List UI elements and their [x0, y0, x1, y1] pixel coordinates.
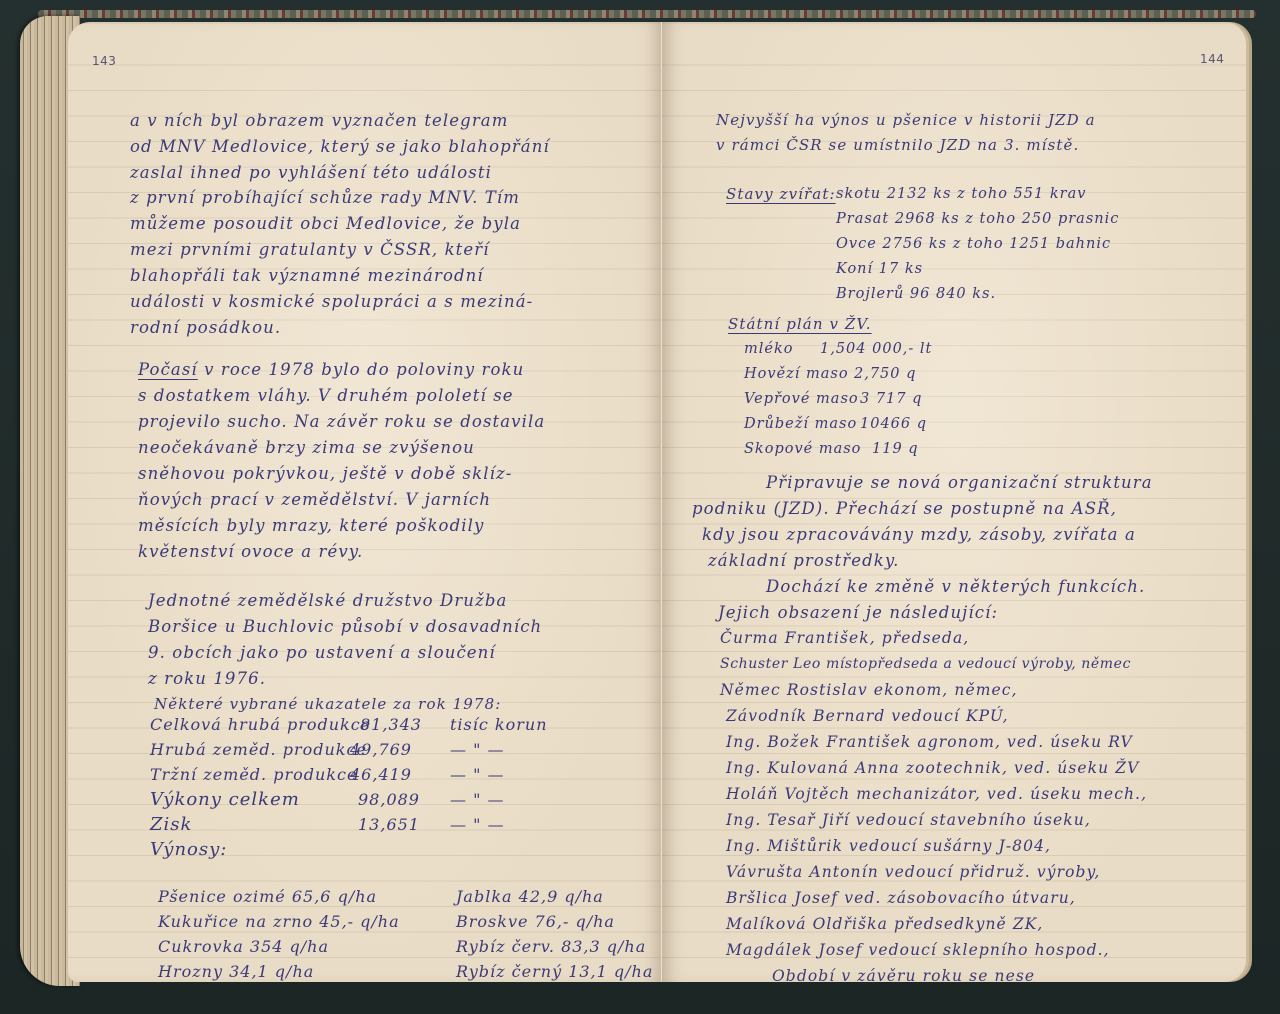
- text-line: Připravuje se nová organizační struktura: [766, 470, 1153, 495]
- list-item: Němec Rostislav ekonom, němec,: [720, 678, 1018, 703]
- page-number: 144: [1200, 52, 1224, 66]
- page-number: 143: [92, 54, 116, 68]
- section-heading: Počasí: [138, 360, 198, 379]
- text-line: z první probíhající schůze rady MNV. Tím: [130, 185, 520, 210]
- text-line: Jejich obsazení je následující:: [718, 600, 998, 625]
- text-line: Nejvyšší ha výnos u pšenice v historii J…: [716, 108, 1096, 133]
- list-item: Malíková Oldřiška předsedkyně ZK,: [726, 912, 1043, 937]
- text-line: základní prostředky.: [708, 548, 899, 573]
- table-row: Zisk 13,651 — " —: [150, 812, 650, 837]
- list-item: Ing. Tesař Jiří vedoucí stavebního úseku…: [726, 808, 1091, 833]
- list-item: Ing. Mištůrik vedoucí sušárny J-804,: [726, 834, 1051, 859]
- right-page: 144 Nejvyšší ha výnos u pšenice v histor…: [662, 22, 1246, 982]
- text-line: podniku (JZD). Přechází se postupně na A…: [692, 496, 1117, 521]
- text-line: a v ních byl obrazem vyznačen telegram: [130, 108, 509, 133]
- list-item: Holáň Vojtěch mechanizátor, ved. úseku m…: [726, 782, 1147, 807]
- text-line: sněhovou pokrývkou, ještě v době sklíz-: [138, 461, 512, 486]
- text-line: Období v závěru roku se nese: [772, 964, 1035, 989]
- table-row: Cukrovka 354 q/ha Rybíz červ. 83,3 q/ha: [158, 934, 638, 959]
- text-line: můžeme posoudit obci Medlovice, že byla: [130, 211, 521, 236]
- table-row: Ovce 2756 ks z toho 1251 bahnic: [836, 232, 1119, 257]
- text-line: Boršice u Buchlovic působí v dosavadních: [148, 614, 542, 639]
- text-line: z roku 1976.: [148, 666, 266, 691]
- text-line: 9. obcích jako po ustavení a sloučení: [148, 640, 496, 665]
- state-plan-table: mléko1,504 000,- lt Hovězí maso2,750 q V…: [744, 337, 984, 462]
- table-row: Tržní zeměd. produkce 46,419 — " —: [150, 762, 650, 787]
- book-headband: [38, 10, 1256, 18]
- table-row: Prasat 2968 ks z toho 250 prasnic: [836, 207, 1119, 232]
- text-line: rodní posádkou.: [130, 315, 281, 340]
- table-row: Výkony celkem 98,089 — " —: [150, 787, 650, 812]
- text-line: od MNV Medlovice, který se jako blahopřá…: [130, 134, 550, 159]
- table-row: Drůbeží maso10466 q: [744, 412, 984, 437]
- list-item: Magdálek Josef vedoucí sklepního hospod.…: [726, 938, 1110, 963]
- list-item: Schuster Leo místopředseda a vedoucí výr…: [720, 652, 1131, 677]
- text-line: události v kosmické spolupráci a s mezin…: [130, 289, 533, 314]
- list-item: Ing. Božek František agronom, ved. úseku…: [726, 730, 1133, 755]
- yields-heading: Výnosy:: [150, 837, 650, 862]
- text-line: projevilo sucho. Na závěr roku se dostav…: [138, 409, 545, 434]
- text-line: blahopřáli tak významné mezinárodní: [130, 263, 484, 288]
- table-row: Pšenice ozimé 65,6 q/ha Jablka 42,9 q/ha: [158, 884, 638, 909]
- list-item: Závodník Bernard vedoucí KPÚ,: [726, 704, 1009, 729]
- yields-table: Pšenice ozimé 65,6 q/ha Jablka 42,9 q/ha…: [158, 884, 638, 984]
- table-row: Celková hrubá produkce 81,343 tisíc koru…: [150, 712, 650, 737]
- table-row: skotu 2132 ks z toho 551 krav: [836, 182, 1119, 207]
- text-line: neočekávaně brzy zima se zvýšenou: [138, 435, 475, 460]
- table-row: Kukuřice na zrno 45,- q/ha Broskve 76,- …: [158, 909, 638, 934]
- list-item: Bršlica Josef ved. zásobovacího útvaru,: [726, 886, 1076, 911]
- table-row: Vepřové maso3 717 q: [744, 387, 984, 412]
- table-row: Hrubá zeměd. produkce 49,769 — " —: [150, 737, 650, 762]
- indicators-table: Celková hrubá produkce 81,343 tisíc koru…: [150, 712, 650, 862]
- table-row: Skopové maso119 q: [744, 437, 984, 462]
- livestock-table: skotu 2132 ks z toho 551 krav Prasat 296…: [836, 182, 1119, 307]
- list-item: Ing. Kulovaná Anna zootechnik, ved. úsek…: [726, 756, 1139, 781]
- left-page: 143 a v ních byl obrazem vyznačen telegr…: [68, 22, 662, 982]
- text-line: Počasí v roce 1978 bylo do poloviny roku: [138, 357, 524, 382]
- text-line: v rámci ČSR se umístnilo JZD na 3. místě…: [716, 133, 1079, 158]
- table-row: Hrozny 34,1 q/ha Rybíz černý 13,1 q/ha: [158, 959, 638, 984]
- table-row: Koní 17 ks: [836, 257, 1119, 282]
- text-line: měsících byly mrazy, které poškodily: [138, 513, 484, 538]
- text-line: Dochází ke změně v některých funkcích.: [766, 574, 1145, 599]
- table-row: mléko1,504 000,- lt: [744, 337, 984, 362]
- text-line: ňových prací v zemědělství. V jarních: [138, 487, 491, 512]
- text-line: mezi prvními gratulanty v ČSSR, kteří: [130, 237, 490, 262]
- text-line: Jednotné zemědělské družstvo Družba: [148, 588, 507, 613]
- text-line: květenství ovoce a révy.: [138, 539, 363, 564]
- table-row: Hovězí maso2,750 q: [744, 362, 984, 387]
- list-item: Čurma František, předseda,: [720, 626, 969, 651]
- table-row: Brojlerů 96 840 ks.: [836, 282, 1119, 307]
- section-heading: Stavy zvířat:: [726, 182, 836, 207]
- text-line: zaslal ihned po vyhlášení této události: [130, 160, 492, 185]
- section-heading: Státní plán v ŽV.: [728, 312, 872, 337]
- text-line: s dostatkem vláhy. V druhém pololetí se: [138, 383, 514, 408]
- text-line: kdy jsou zpracovávány mzdy, zásoby, zvíř…: [702, 522, 1136, 547]
- list-item: Vávrušta Antonín vedoucí přidruž. výroby…: [726, 860, 1100, 885]
